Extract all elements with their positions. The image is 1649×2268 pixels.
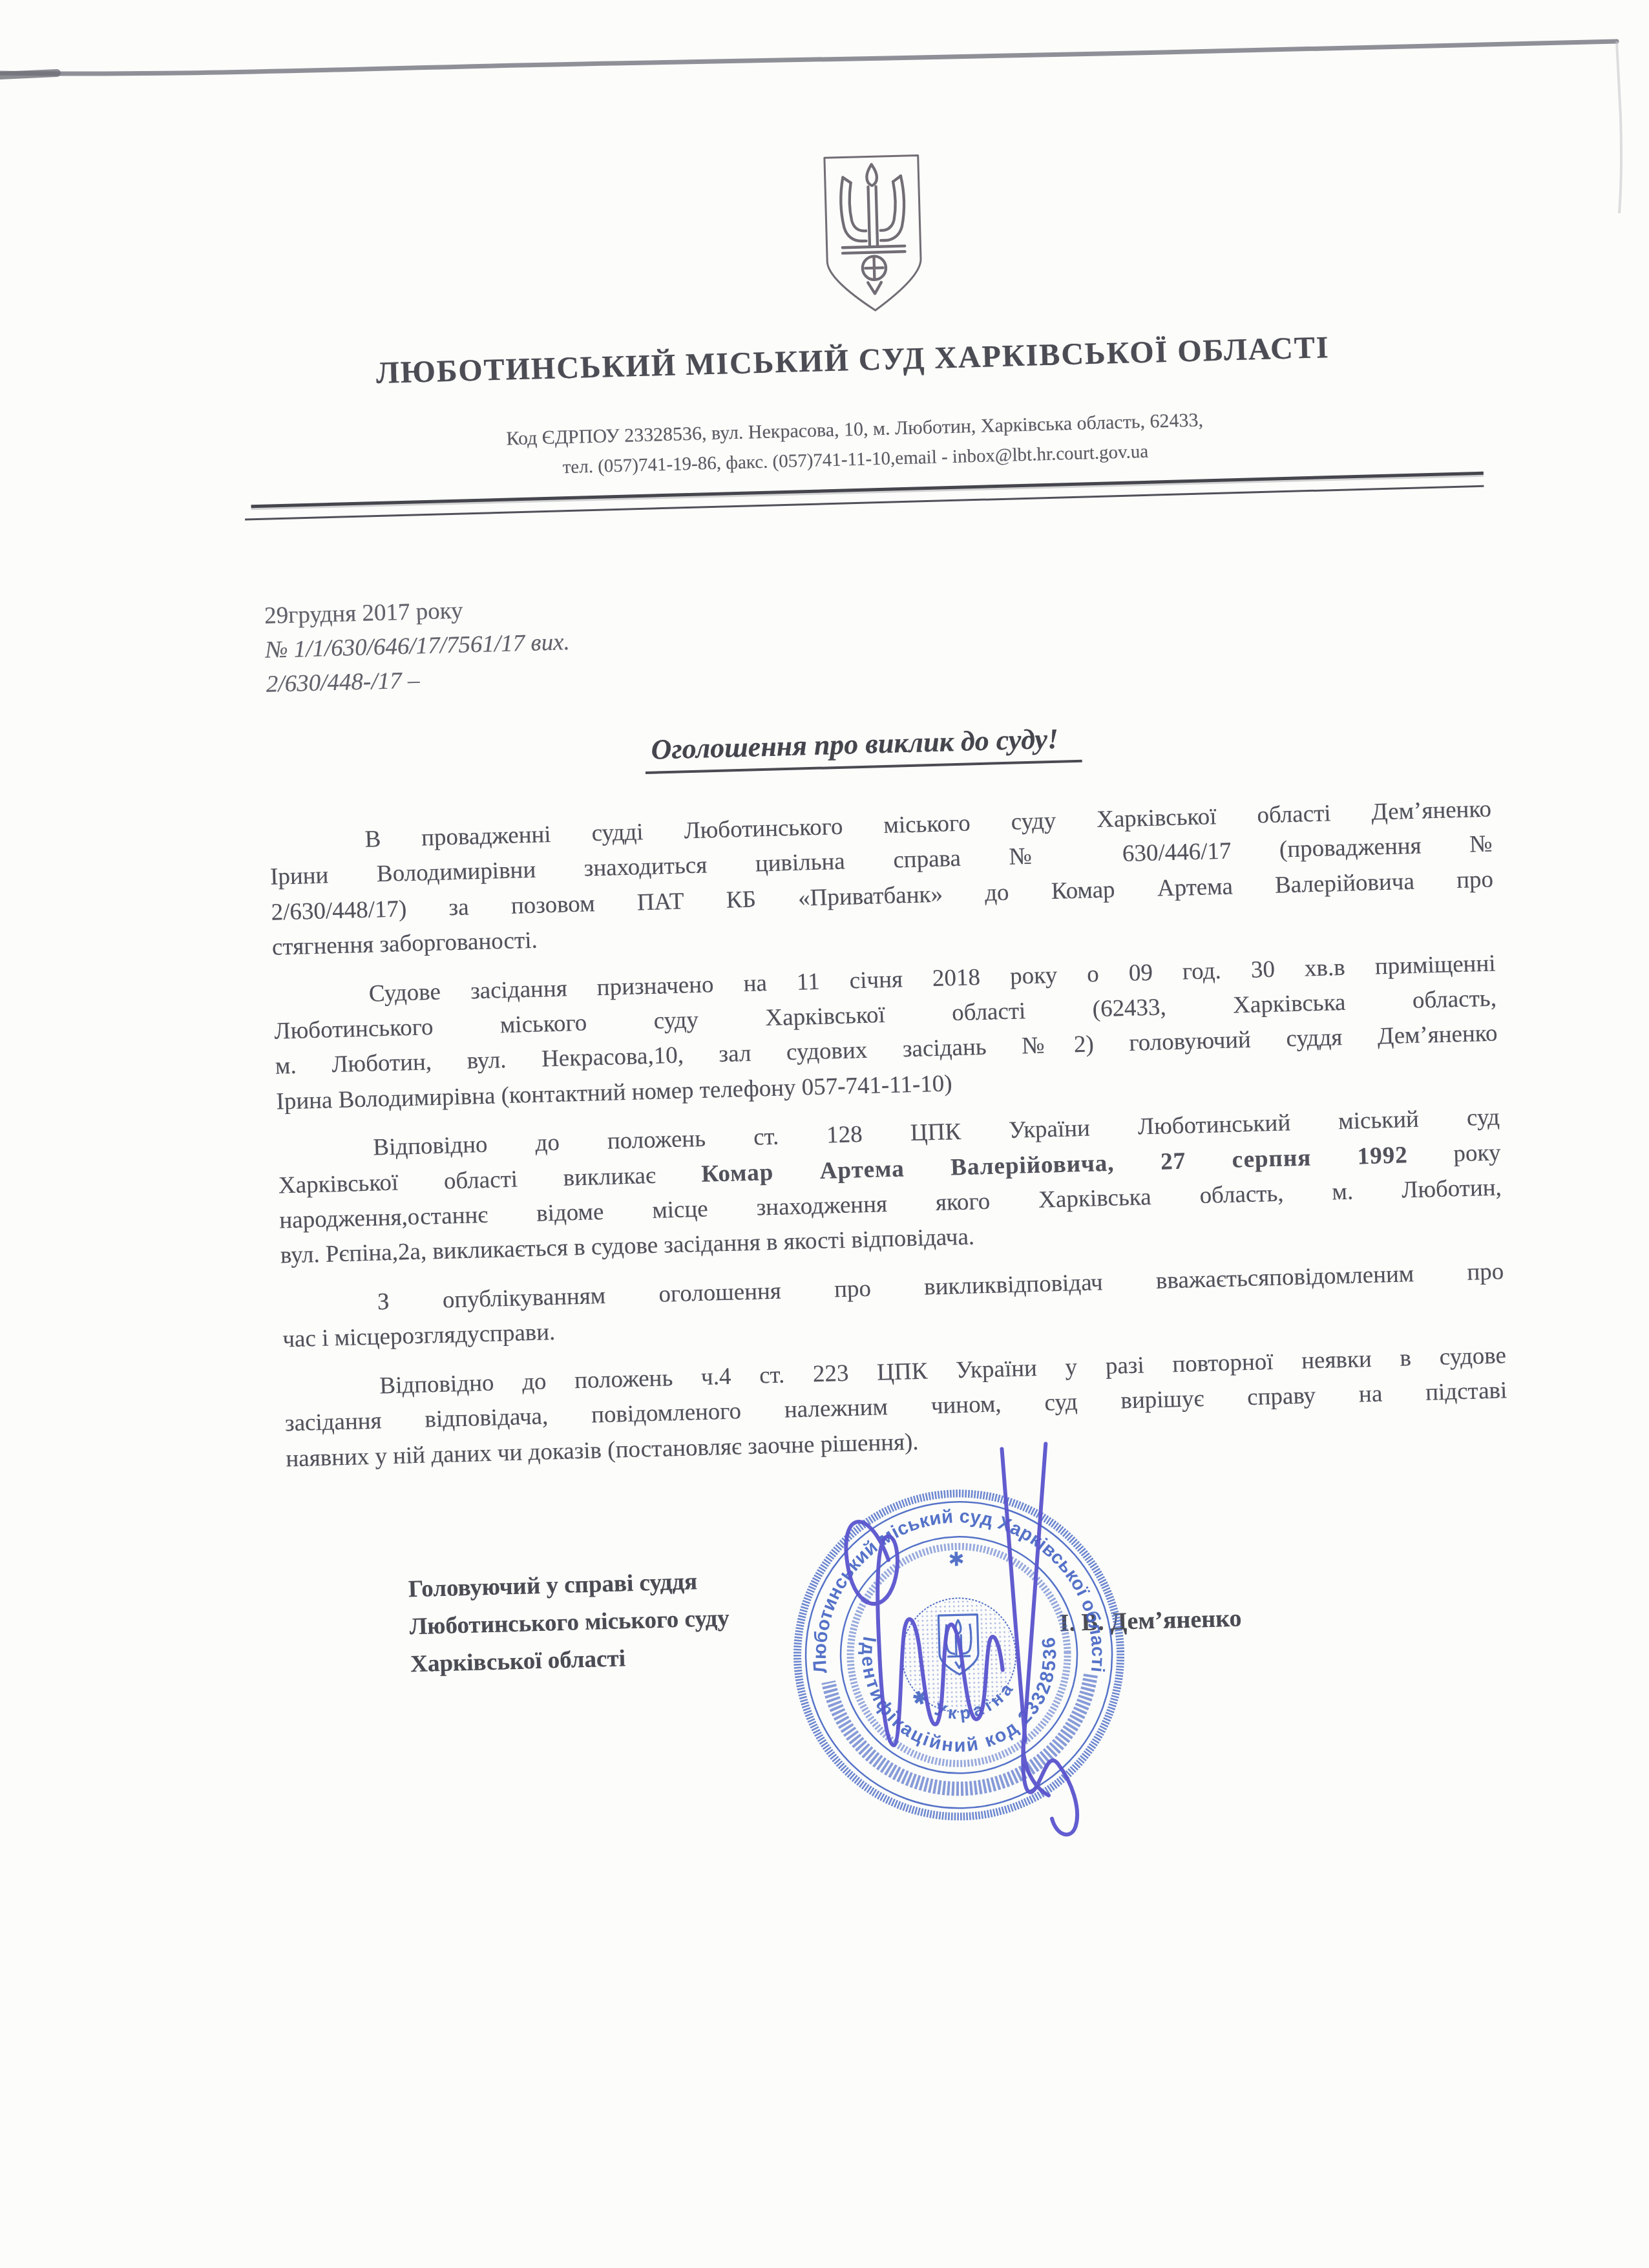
court-name-heading: ЛЮБОТИНСЬКИЙ МІСЬКИЙ СУД ХАРКІВСЬКОЇ ОБЛ…: [209, 325, 1496, 395]
ukraine-trident-emblem: [805, 151, 941, 316]
paragraph-1: В провадженні судді Люботинського місько…: [269, 792, 1495, 966]
letter-text: В провадженні судді Люботинського місько…: [269, 792, 1509, 1491]
paragraph-3: Відповідно до положень ст. 128 ЦПК Украї…: [277, 1100, 1503, 1274]
signatory-role-block: Головуючий у справі суддя Люботинського …: [408, 1562, 731, 1683]
paper-top-edge-line: [0, 41, 1617, 74]
reference-block: 29грудня 2017 року № 1/1/630/646/17/7561…: [264, 591, 571, 702]
signatory-role-line: Харківської області: [410, 1637, 731, 1683]
title-row: Оголошення про виклик до суду!: [220, 710, 1507, 786]
paper-right-edge-line: [1617, 41, 1621, 213]
case-number: 2/630/448-/17 –: [266, 659, 571, 702]
paragraph-4: З опублікуванням оголошення про викликві…: [281, 1254, 1505, 1358]
judge-handwritten-signature: [788, 1434, 1109, 1863]
paragraph-2: Судове засідання призначено на 11 січня …: [273, 946, 1498, 1120]
paper-edge-dark-blob: [0, 73, 57, 76]
scanned-court-letter: ЛЮБОТИНСЬКИЙ МІСЬКИЙ СУД ХАРКІВСЬКОЇ ОБЛ…: [0, 0, 1649, 2268]
line-segment: року: [1453, 1139, 1501, 1167]
emblem-trident: [840, 163, 907, 295]
emblem-shield-outline: [824, 155, 922, 311]
document-title: Оголошення про виклик до суду!: [644, 722, 1082, 774]
line-segment: Харківської області викликає: [278, 1162, 656, 1199]
letter-body: ЛЮБОТИНСЬКИЙ МІСЬКИЙ СУД ХАРКІВСЬКОЇ ОБЛ…: [203, 79, 1539, 1988]
